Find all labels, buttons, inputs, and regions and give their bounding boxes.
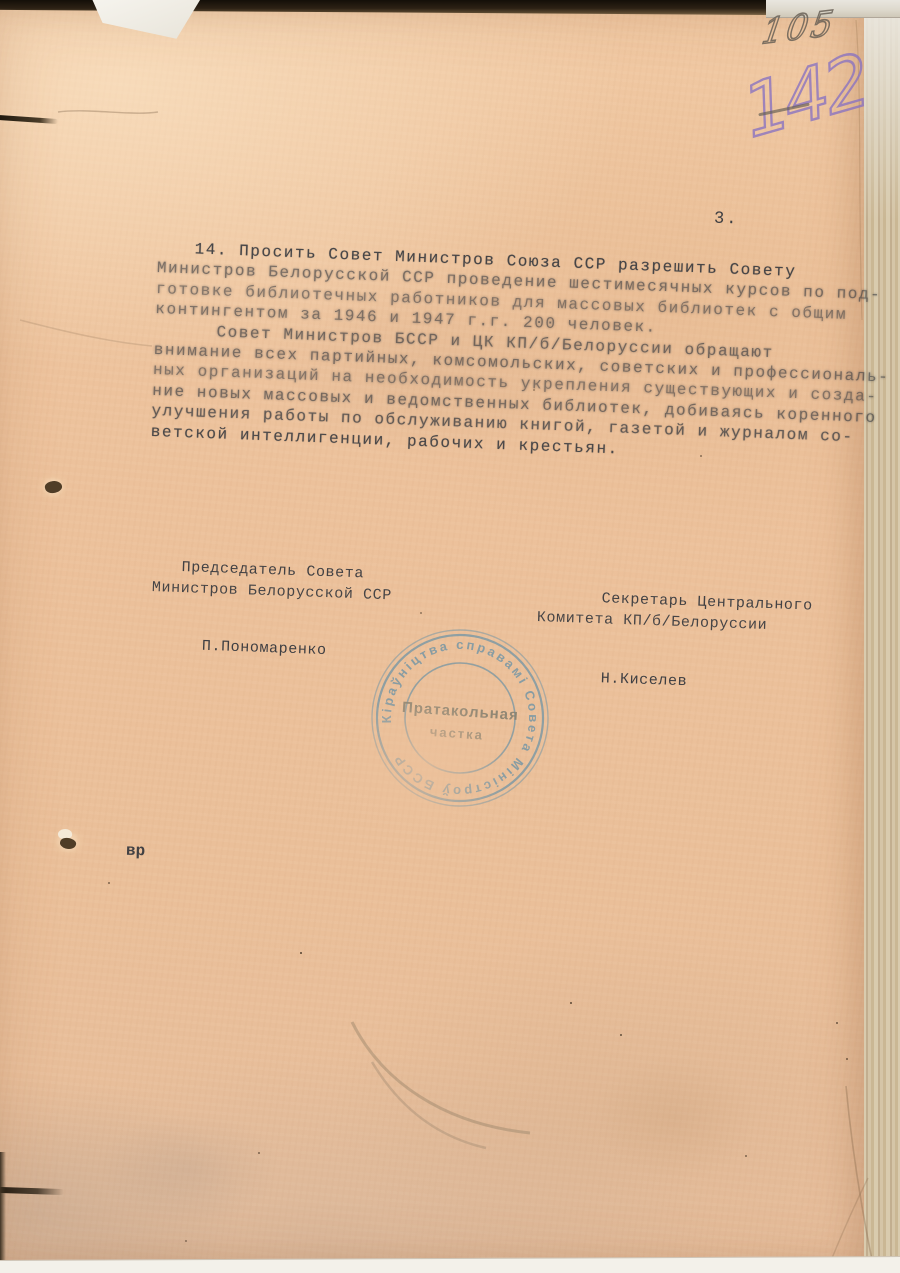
signature-block-secretary: Секретарь Центрального Комитета КП/б/Бел…	[534, 586, 813, 697]
stamp-center-line1: Пратакольная	[402, 699, 520, 724]
left-edge-shadow	[0, 1152, 6, 1264]
document-scan: 3. 14. Просить Совет Министров Союза ССР…	[0, 0, 900, 1273]
typist-initials: вр	[126, 842, 146, 860]
binding-hole	[50, 826, 86, 858]
scan-bottom-edge	[0, 1256, 900, 1273]
paragraph-14: 14. Просить Совет Министров Союза ССР ра…	[150, 238, 897, 470]
round-stamp: Кіраўніцтва справамі Совета Міністроў БС…	[345, 603, 575, 833]
stamp-center-line2: частка	[429, 724, 484, 743]
paper-speckles	[300, 952, 302, 954]
paper-stain	[60, 1088, 320, 1248]
page-number: 3.	[714, 210, 739, 230]
paper-stain	[560, 1028, 790, 1208]
binding-hole	[36, 472, 70, 502]
stamp-center-text: Пратакольная частка	[400, 699, 519, 745]
